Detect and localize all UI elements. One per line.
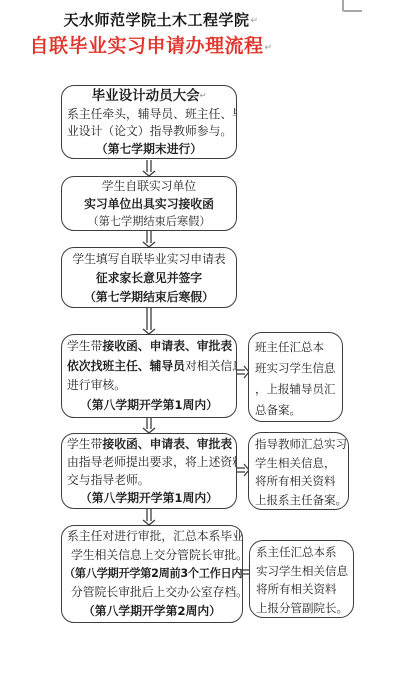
institution-title: 天水师范学院土木工程学院 — [0, 9, 322, 30]
box6-line4: 分管院长审批后上交办公室存档。 — [62, 583, 242, 602]
sidebox3-line1: 系主任汇总本系 — [250, 543, 353, 562]
arrow-down-icon — [142, 418, 156, 434]
box2-line1: 学生自联实习单位 — [62, 178, 236, 196]
box3-line1: 学生填写自联毕业实习申请表 — [62, 250, 236, 269]
document-page: 天水师范学院土木工程学院 自联毕业实习申请办理流程 毕业设计动员大会 系主任牵头… — [0, 0, 402, 686]
flow-box-department-head-approval: 系主任对进行审批，汇总本系毕业 学生相关信息上交分管院长审批。 （第八学期开学第… — [61, 525, 243, 623]
sidebox3-line2: 实习学生相关信息 — [250, 562, 353, 581]
box1-line2: 系主任牵头，辅导员、班主任、毕 — [62, 106, 236, 124]
box5-line2: 由指导老师提出要求，将上述资料 — [62, 453, 236, 471]
box1-title: 毕业设计动员大会 — [62, 87, 236, 106]
box6-timing1: （第八学期开学第2周前3个工作日内） — [62, 565, 242, 584]
sidebox2-line3: 将所有相关资料 — [249, 472, 348, 491]
box1-line3: 业设计（论文）指导教师参与。 — [62, 123, 236, 141]
arrow-down-icon — [142, 231, 156, 248]
box2-timing: （第七学期结束后寒假） — [62, 213, 236, 231]
sidebox2-line4: 上报系主任备案。 — [249, 491, 348, 510]
sidebox1-line4: 总备案。 — [249, 400, 342, 421]
sidebox1-line2: 班实习学生信息 — [249, 358, 342, 379]
flow-title: 自联毕业实习申请办理流程 — [0, 31, 302, 58]
box6-line1: 系主任对进行审批，汇总本系毕业 — [62, 527, 242, 546]
sidebox1-line1: 班主任汇总本 — [249, 337, 342, 358]
flow-box-submit-to-supervisor: 学生带接收函、申请表、审批表 由指导老师提出要求，将上述资料 交与指导老师。 （… — [61, 433, 237, 509]
side-box-department-summary: 系主任汇总本系 实习学生相关信息 将所有相关资料 上报分管副院长。 — [249, 540, 354, 618]
arrow-down-icon — [142, 308, 156, 335]
sidebox3-line4: 上报分管副院长。 — [250, 599, 353, 618]
side-box-supervisor-summary: 指导教师汇总实习 学生相关信息， 将所有相关资料 上报系主任备案。 — [248, 432, 349, 510]
box3-line2: 征求家长意见并签字 — [62, 269, 236, 288]
side-box-class-teacher-summary: 班主任汇总本 班实习学生信息 ，上报辅导员汇 总备案。 — [248, 332, 343, 422]
box4-line3: 进行审核。 — [62, 376, 236, 396]
box3-timing: （第七学期结束后寒假） — [62, 288, 236, 307]
box6-line2: 学生相关信息上交分管院长审批。 — [62, 546, 242, 565]
box2-line2: 实习单位出具实习接收函 — [62, 196, 236, 214]
sidebox2-line1: 指导教师汇总实习 — [249, 435, 348, 454]
flow-box-fill-application-form: 学生填写自联毕业实习申请表 征求家长意见并签字 （第七学期结束后寒假） — [61, 247, 237, 308]
box4-line1: 学生带接收函、申请表、审批表 — [62, 337, 236, 357]
sidebox2-line2: 学生相关信息， — [249, 454, 348, 473]
page-margin-corner-mark — [342, 0, 364, 14]
box6-timing2: （第八学期开学第2周内） — [62, 602, 242, 621]
box5-timing: （第八学期开学第1周内） — [62, 489, 236, 507]
flow-box-find-internship-unit: 学生自联实习单位 实习单位出具实习接收函 （第七学期结束后寒假） — [61, 176, 237, 231]
box5-line1: 学生带接收函、申请表、审批表 — [62, 435, 236, 453]
box4-timing: （第八学期开学第1周内） — [62, 396, 236, 416]
arrow-down-icon — [142, 160, 156, 177]
box1-timing: （第七学期末进行） — [62, 141, 236, 159]
flow-box-mobilization-meeting: 毕业设计动员大会 系主任牵头，辅导员、班主任、毕 业设计（论文）指导教师参与。 … — [61, 85, 237, 159]
flow-box-class-teacher-review: 学生带接收函、申请表、审批表 依次找班主任、辅导员对相关信息 进行审核。 （第八… — [61, 334, 237, 418]
box5-line3: 交与指导老师。 — [62, 471, 236, 489]
sidebox3-line3: 将所有相关资料 — [250, 580, 353, 599]
sidebox1-line3: ，上报辅导员汇 — [249, 379, 342, 400]
box4-line2: 依次找班主任、辅导员对相关信息 — [62, 357, 236, 377]
arrow-down-icon — [142, 509, 156, 526]
